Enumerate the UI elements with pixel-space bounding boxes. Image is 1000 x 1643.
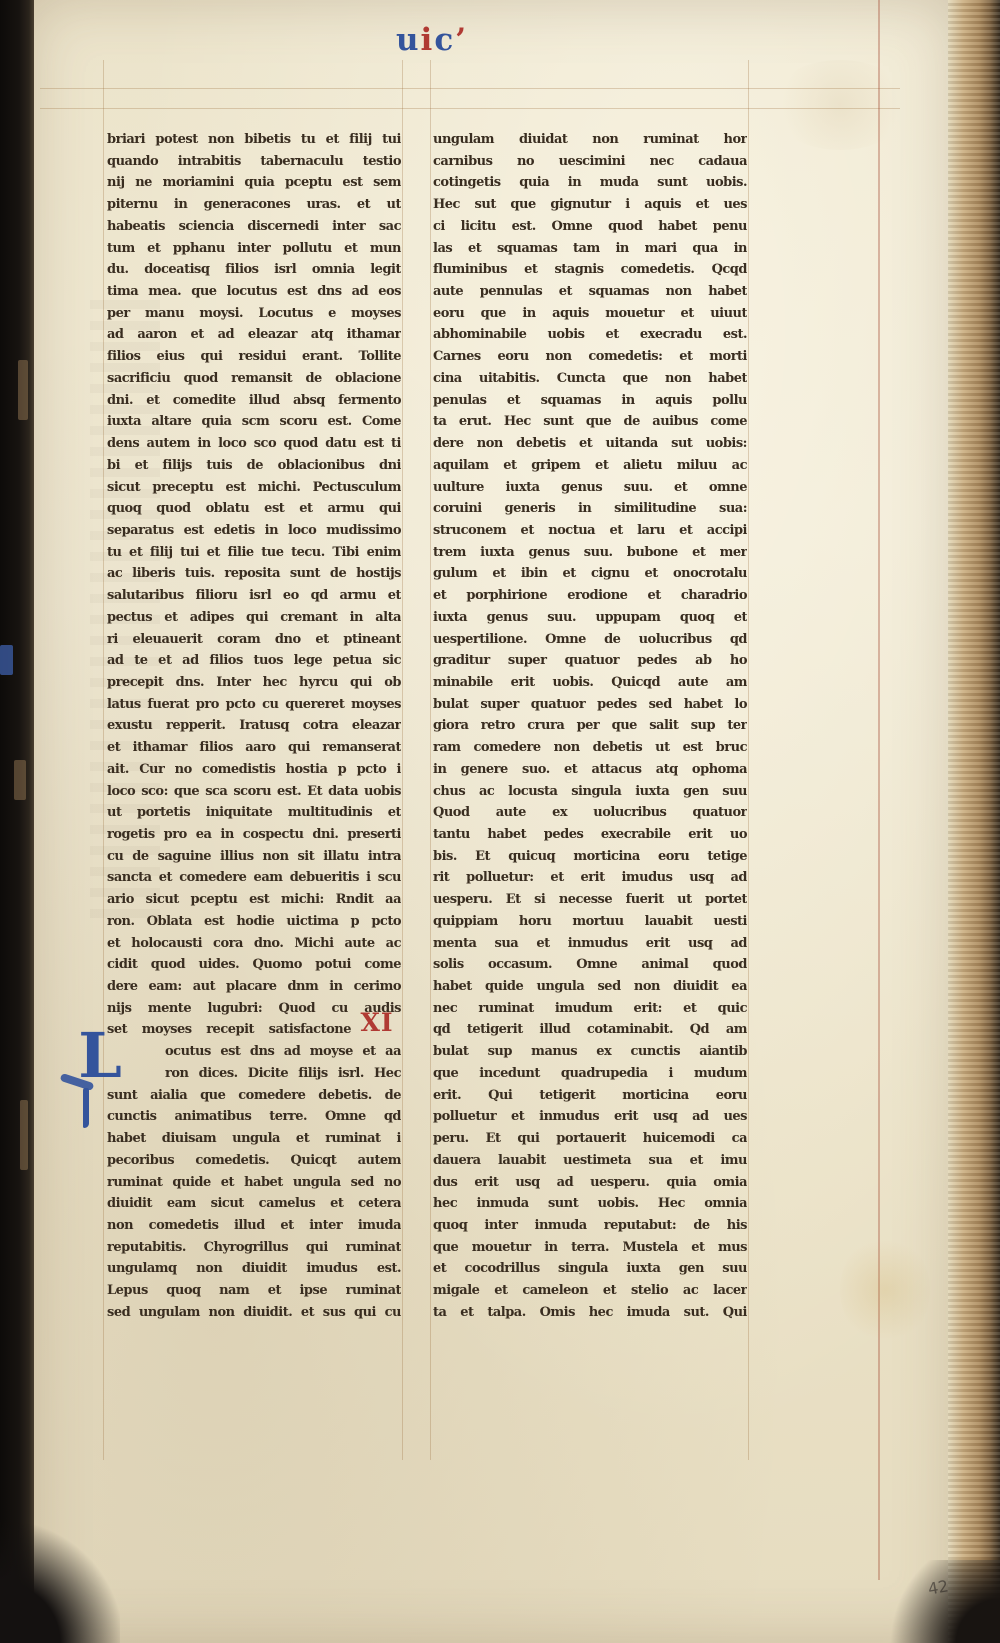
text-line: tima mea. que locutus est dns ad eos bbox=[107, 281, 401, 303]
text-line: bulat sup manus ex cunctis aiantib bbox=[433, 1041, 747, 1063]
underlying-initial-mark bbox=[0, 645, 13, 675]
text-line: que incedunt quadrupedia i mudum bbox=[433, 1063, 747, 1085]
text-line: abhominabile uobis et execradu est. bbox=[433, 324, 747, 346]
ruling-line-horizontal bbox=[40, 108, 900, 109]
text-line: ad te et ad filios tuos lege petua sic bbox=[107, 650, 401, 672]
parchment-stain bbox=[770, 60, 910, 150]
ruling-line-horizontal bbox=[40, 88, 900, 89]
text-line: ocutus est dns ad moyse et aa bbox=[165, 1041, 401, 1063]
text-line: precepit dns. Inter hec hyrcu qui ob bbox=[107, 672, 401, 694]
text-line: iuxta genus suu. uppupam quoq et bbox=[433, 607, 747, 629]
text-line: et ithamar filios aaro qui remanserat bbox=[107, 737, 401, 759]
text-column-left: briari potest non bibetis tu et filij tu… bbox=[107, 129, 401, 1324]
text-line: ut portetis iniquitate multitudinis et bbox=[107, 802, 401, 824]
text-line: habet quide ungula sed non diuidit ea bbox=[433, 976, 747, 998]
text-line: que mouetur in terra. Mustela et mus bbox=[433, 1237, 747, 1259]
parchment-stain bbox=[840, 1235, 930, 1345]
text-line: tum et pphanu inter pollutu et mun bbox=[107, 238, 401, 260]
binding-edge bbox=[0, 0, 34, 1643]
text-line: et porphirione erodione et charadrio bbox=[433, 585, 747, 607]
margin-line bbox=[878, 0, 880, 1580]
text-line: penulas et squamas in aquis pollu bbox=[433, 390, 747, 412]
text-line: aquilam et gripem et alietu miluu ac bbox=[433, 455, 747, 477]
text-line: in genere suo. et attacus atq ophoma bbox=[433, 759, 747, 781]
text-line: quippiam horu mortuu lauabit uesti bbox=[433, 911, 747, 933]
text-line: piternu in generacones uras. et ut bbox=[107, 194, 401, 216]
text-line: carnibus no uescimini nec cadaua bbox=[433, 151, 747, 173]
text-line: et cocodrillus singula iuxta gen suu bbox=[433, 1258, 747, 1280]
ruling-line-vertical bbox=[430, 60, 431, 1460]
chapter-numeral: XI bbox=[352, 1008, 402, 1037]
text-line: nij ne moriamini quia pceptu est sem bbox=[107, 172, 401, 194]
running-title-letter: u bbox=[396, 22, 421, 58]
page-edge-fleck bbox=[14, 760, 26, 800]
text-line: briari potest non bibetis tu et filij tu… bbox=[107, 129, 401, 151]
text-line: sed ungulam non diuidit. et sus qui cu bbox=[107, 1302, 401, 1324]
text-line: reputabitis. Chyrogrillus qui ruminat bbox=[107, 1237, 401, 1259]
text-line: pecoribus comedetis. Quicqt autem bbox=[107, 1150, 401, 1172]
text-line: fluminibus et stagnis comedetis. Qcqd bbox=[433, 259, 747, 281]
text-line: cunctis animatibus terre. Omne qd bbox=[107, 1106, 401, 1128]
text-line: filios eius qui residui erant. Tollite bbox=[107, 346, 401, 368]
text-line: trem iuxta genus suu. bubone et mer bbox=[433, 542, 747, 564]
text-line: Lepus quoq nam et ipse ruminat bbox=[107, 1280, 401, 1302]
text-line: graditur super quatuor pedes ab ho bbox=[433, 650, 747, 672]
text-line: du. doceatisq filios isrl omnia legit bbox=[107, 259, 401, 281]
text-line: rit polluetur: et erit imudus usq ad bbox=[433, 867, 747, 889]
text-line: sunt aialia que comedere debetis. de bbox=[107, 1085, 401, 1107]
text-line: ram comedere non debetis ut est bruc bbox=[433, 737, 747, 759]
running-title-letter: ’ bbox=[455, 22, 468, 58]
text-line: qd tetigerit illud cotaminabit. Qd am bbox=[433, 1019, 747, 1041]
text-line: las et squamas tam in mari qua in bbox=[433, 238, 747, 260]
text-line: ait. Cur no comedistis hostia p pcto i bbox=[107, 759, 401, 781]
text-line: exustu repperit. Iratusq cotra eleazar bbox=[107, 715, 401, 737]
text-line: Carnes eoru non comedetis: et morti bbox=[433, 346, 747, 368]
text-line: ta erut. Hec sunt que de auibus come bbox=[433, 411, 747, 433]
text-line: dus erit usq ad uesperu. quia omia bbox=[433, 1172, 747, 1194]
text-line: dere eam: aut placare dnm in cerimo bbox=[107, 976, 401, 998]
text-line: erit. Qui tetigerit morticina eoru bbox=[433, 1085, 747, 1107]
text-line: sancta et comedere eam debueritis i scu bbox=[107, 867, 401, 889]
text-line: ruminat quide et habet ungula sed no bbox=[107, 1172, 401, 1194]
text-line: ron. Oblata est hodie uictima p pcto bbox=[107, 911, 401, 933]
text-line: minabile erit uobis. Quicqd aute am bbox=[433, 672, 747, 694]
text-line: ci licitu est. Omne quod habet penu bbox=[433, 216, 747, 238]
text-line: Quod aute ex uolucribus quatuor bbox=[433, 802, 747, 824]
running-title: uic’ bbox=[372, 22, 492, 58]
text-line: solis occasum. Omne animal quod bbox=[433, 954, 747, 976]
text-line: set moyses recepit satisfactone bbox=[107, 1019, 351, 1041]
text-line: et holocausti cora dno. Michi aute ac bbox=[107, 933, 401, 955]
text-line: loco sco: que sca scoru est. Et data uob… bbox=[107, 781, 401, 803]
page-edges-right bbox=[948, 0, 1000, 1643]
ruling-line-vertical bbox=[402, 60, 403, 1460]
text-line: latus fuerat pro pcto cu quereret moyses bbox=[107, 694, 401, 716]
text-line: struconem et noctua et laru et accipi bbox=[433, 520, 747, 542]
text-line: ta et talpa. Omis hec imuda sut. Qui bbox=[433, 1302, 747, 1324]
text-line: bulat super quatuor pedes sed habet lo bbox=[433, 694, 747, 716]
text-line: quoq inter inmuda reputabut: de his bbox=[433, 1215, 747, 1237]
text-line: dauera lauabit uestimeta sua et imu bbox=[433, 1150, 747, 1172]
text-line: cina uitabitis. Cuncta que non habet bbox=[433, 368, 747, 390]
text-line: dere non debetis et uitanda sut uobis: bbox=[433, 433, 747, 455]
ruling-line-vertical bbox=[748, 60, 749, 1460]
running-title-letter: c bbox=[434, 22, 455, 58]
text-line: tantu habet pedes execrabile erit uo bbox=[433, 824, 747, 846]
text-line: dens autem in loco sco quod datu est ti bbox=[107, 433, 401, 455]
text-line: per manu moysi. Locutus e moyses bbox=[107, 303, 401, 325]
running-title-letter: i bbox=[421, 22, 435, 58]
text-line: sicut preceptu est michi. Pectusculum bbox=[107, 477, 401, 499]
text-line: cidit quod uides. Quomo potui come bbox=[107, 954, 401, 976]
text-line: ac liberis tuis. reposita sunt de hostij… bbox=[107, 563, 401, 585]
text-line: uespertilione. Omne de uolucribus qd bbox=[433, 629, 747, 651]
text-line: Hec sut que gignutur i aquis et ues bbox=[433, 194, 747, 216]
text-column-right: ungulam diuidat non ruminat horcarnibus … bbox=[433, 129, 747, 1324]
text-line: separatus est edetis in loco mudissimo bbox=[107, 520, 401, 542]
shadow-corner-bottom-right bbox=[880, 1560, 1000, 1643]
text-line: menta sua et inmudus erit usq ad bbox=[433, 933, 747, 955]
text-line: diuidit eam sicut camelus et cetera bbox=[107, 1193, 401, 1215]
text-line: ri eleuauerit coram dno et ptineant bbox=[107, 629, 401, 651]
page-edge-fleck bbox=[20, 1100, 28, 1170]
text-line: cotingetis quia in muda sunt uobis. bbox=[433, 172, 747, 194]
initial-tail bbox=[83, 1088, 89, 1128]
text-line: rogetis pro ea in cospectu dni. preserti bbox=[107, 824, 401, 846]
text-line: sacrificiu quod remansit de oblacione bbox=[107, 368, 401, 390]
text-line: hec inmuda sunt uobis. Hec omnia bbox=[433, 1193, 747, 1215]
text-line: ad aaron et ad eleazar atq ithamar bbox=[107, 324, 401, 346]
text-line: uesperu. Et si necesse fuerit ut portet bbox=[433, 889, 747, 911]
text-line: coruini generis in similitudine sua: bbox=[433, 498, 747, 520]
page-edge-fleck bbox=[18, 360, 28, 420]
text-line: tu et filij tui et filie tue tecu. Tibi … bbox=[107, 542, 401, 564]
text-line: aute pennulas et squamas non habet bbox=[433, 281, 747, 303]
ruling-line-vertical bbox=[103, 60, 104, 1460]
text-line: habeatis sciencia discernedi inter sac bbox=[107, 216, 401, 238]
text-line: gulum et ibin et cignu et onocrotalu bbox=[433, 563, 747, 585]
text-line: ungulam diuidat non ruminat hor bbox=[433, 129, 747, 151]
text-line: cu de saguine illius non sit illatu intr… bbox=[107, 846, 401, 868]
text-line: bi et filijs tuis de oblacionibus dni bbox=[107, 455, 401, 477]
text-line: migale et cameleon et stelio ac lacer bbox=[433, 1280, 747, 1302]
text-line: habet diuisam ungula et ruminat i bbox=[107, 1128, 401, 1150]
text-line: ungulamq non diuidit imudus est. bbox=[107, 1258, 401, 1280]
text-line: uulture iuxta genus suu. et omne bbox=[433, 477, 747, 499]
text-line: salutaribus filioru isrl eo qd armu et bbox=[107, 585, 401, 607]
shadow-corner-bottom-left bbox=[0, 1520, 120, 1643]
text-line: dni. et comedite illud absq fermento bbox=[107, 390, 401, 412]
text-line: eoru que in aquis mouetur et uiuut bbox=[433, 303, 747, 325]
text-line: quando intrabitis tabernaculu testio bbox=[107, 151, 401, 173]
text-line: ario sicut pceptu est michi: Rndit aa bbox=[107, 889, 401, 911]
text-line: quoq quod oblatu est et armu qui bbox=[107, 498, 401, 520]
text-line: polluetur et inmudus erit usq ad ues bbox=[433, 1106, 747, 1128]
text-line: pectus et adipes qui cremant in alta bbox=[107, 607, 401, 629]
text-line: nec ruminat imudum erit: et quic bbox=[433, 998, 747, 1020]
text-line: non comedetis illud et inter imuda bbox=[107, 1215, 401, 1237]
text-line: bis. Et quicuq morticina eoru tetige bbox=[433, 846, 747, 868]
text-line: iuxta altare quia scm scoru est. Come bbox=[107, 411, 401, 433]
text-line: chus ac locusta singula iuxta gen suu bbox=[433, 781, 747, 803]
text-line: peru. Et qui portauerit huicemodi ca bbox=[433, 1128, 747, 1150]
text-line: ron dices. Dicite filijs isrl. Hec bbox=[165, 1063, 401, 1085]
text-line: giora retro crura per que salit sup ter bbox=[433, 715, 747, 737]
